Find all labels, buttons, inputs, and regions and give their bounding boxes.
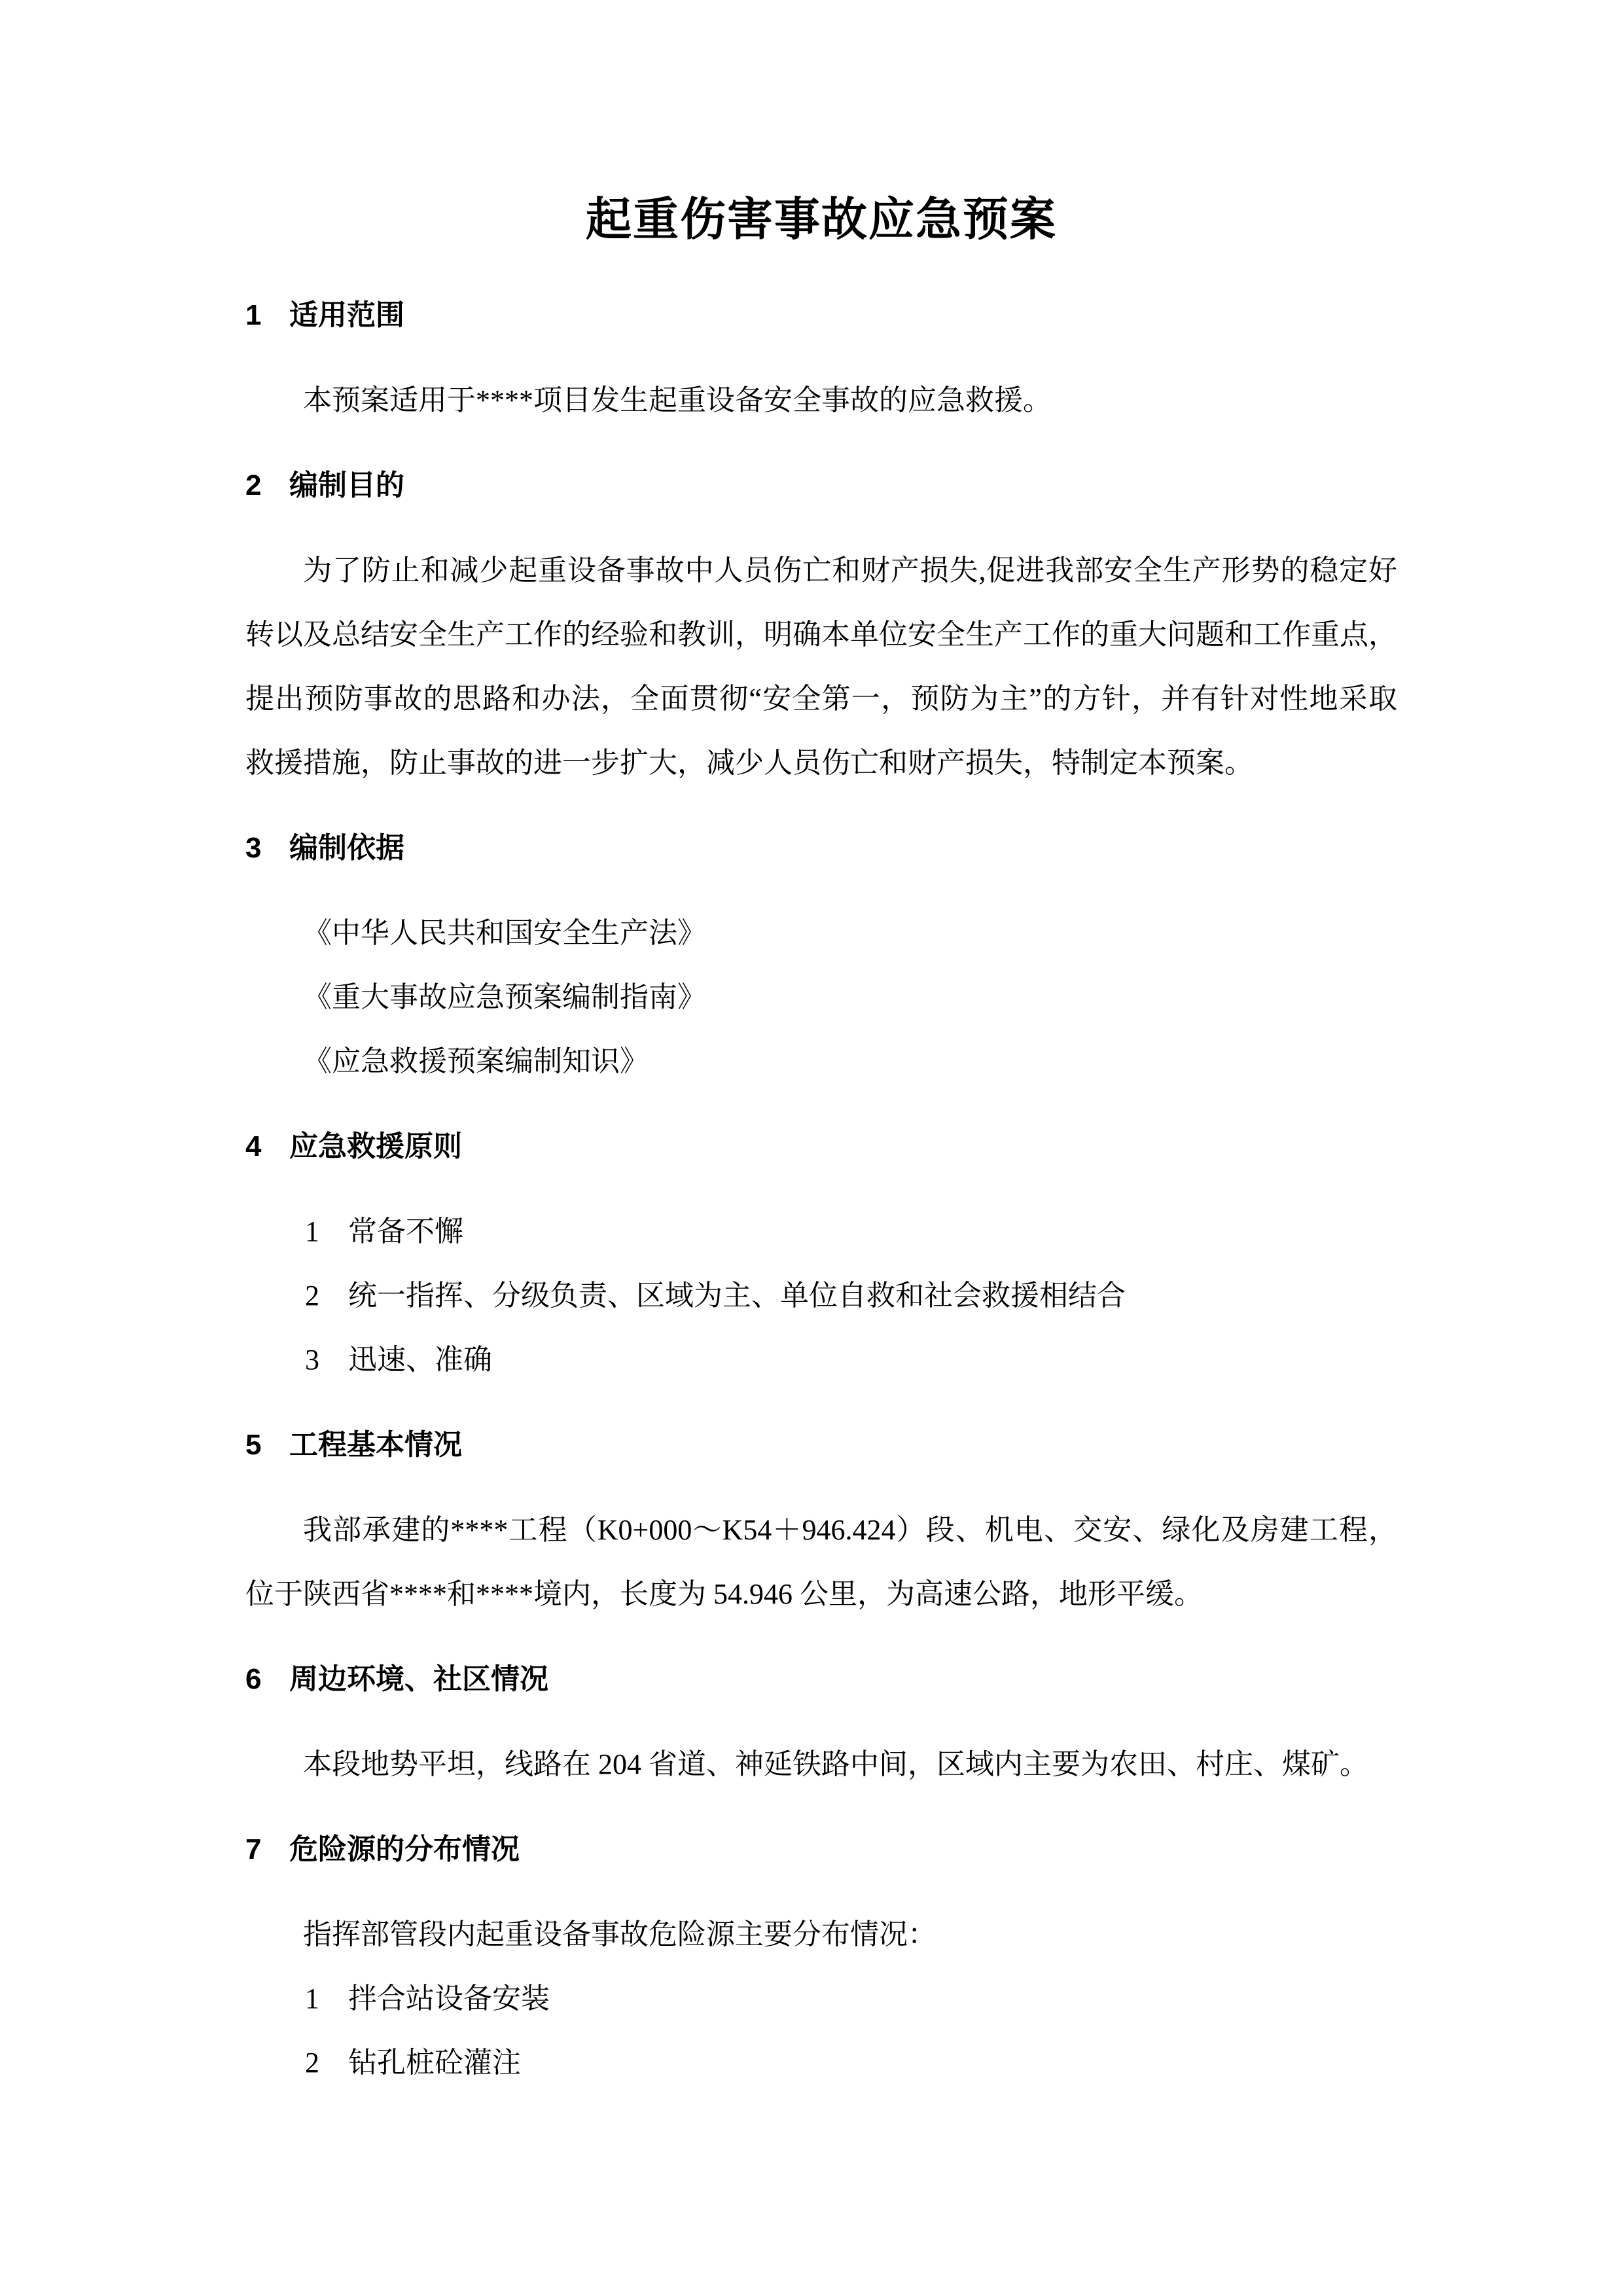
section-number: 4: [245, 1115, 289, 1179]
list-item: 2统一指挥、分级负责、区域为主、单位自救和社会救援相结合: [305, 1264, 1397, 1328]
body-line: 为了防止和减少起重设备事故中人员伤亡和财产损失,促进我部安全生产形势的稳定好: [245, 539, 1397, 603]
body-line: 《重大事故应急预案编制指南》: [245, 965, 1397, 1030]
list-item-text: 迅速、准确: [348, 1344, 492, 1376]
section-number: 1: [245, 283, 289, 348]
body-line: 《中华人民共和国安全生产法》: [245, 901, 1397, 965]
section-heading-label: 适用范围: [289, 299, 404, 331]
list-item: 1拌合站设备安装: [305, 1967, 1397, 2031]
body-line: 本段地势平坦，线路在 204 省道、神延铁路中间，区域内主要为农田、村庄、煤矿。: [245, 1732, 1397, 1797]
list-item-text: 常备不懈: [348, 1215, 463, 1247]
document-body: 1适用范围本预案适用于****项目发生起重设备安全事故的应急救援。2编制目的为了…: [245, 283, 1397, 2095]
section-heading-label: 应急救援原则: [289, 1130, 462, 1162]
section-heading-label: 周边环境、社区情况: [289, 1663, 548, 1695]
section-heading-label: 编制目的: [289, 469, 404, 501]
list-item-text: 钻孔桩砼灌注: [348, 2047, 521, 2079]
section-heading: 7危险源的分布情况: [245, 1818, 1397, 1882]
list-item-number: 1: [305, 1967, 348, 2031]
section-heading: 4应急救援原则: [245, 1115, 1397, 1179]
list-item: 1常备不懈: [305, 1200, 1397, 1264]
body-line: 《应急救援预案编制知识》: [245, 1030, 1397, 1094]
list-item: 3迅速、准确: [305, 1328, 1397, 1392]
section-number: 7: [245, 1818, 289, 1882]
document-page: 起重伤害事故应急预案 1适用范围本预案适用于****项目发生起重设备安全事故的应…: [0, 0, 1623, 2296]
section-heading: 6周边环境、社区情况: [245, 1647, 1397, 1712]
document-title: 起重伤害事故应急预案: [245, 183, 1397, 255]
section-heading-label: 编制依据: [289, 832, 404, 864]
section-number: 2: [245, 454, 289, 518]
section-heading-label: 危险源的分布情况: [289, 1833, 520, 1865]
section-number: 6: [245, 1647, 289, 1712]
list-item: 2钻孔桩砼灌注: [305, 2031, 1397, 2095]
section-heading: 3编制依据: [245, 816, 1397, 880]
section-heading-label: 工程基本情况: [289, 1429, 462, 1461]
body-line: 指挥部管段内起重设备事故危险源主要分布情况：: [245, 1903, 1397, 1967]
body-line: 本预案适用于****项目发生起重设备安全事故的应急救援。: [245, 368, 1397, 433]
section-heading: 1适用范围: [245, 283, 1397, 348]
body-line: 我部承建的****工程（K0+000～K54＋946.424）段、机电、交安、绿…: [245, 1498, 1397, 1562]
list-item-text: 统一指挥、分级负责、区域为主、单位自救和社会救援相结合: [348, 1280, 1126, 1312]
section-heading: 5工程基本情况: [245, 1413, 1397, 1477]
body-line: 提出预防事故的思路和办法，全面贯彻“安全第一，预防为主”的方针，并有针对性地采取: [245, 667, 1397, 731]
body-line: 救援措施，防止事故的进一步扩大，减少人员伤亡和财产损失，特制定本预案。: [245, 731, 1397, 795]
list-item-number: 3: [305, 1328, 348, 1392]
section-number: 3: [245, 816, 289, 880]
body-line: 转以及总结安全生产工作的经验和教训，明确本单位安全生产工作的重大问题和工作重点，: [245, 603, 1397, 667]
section-heading: 2编制目的: [245, 454, 1397, 518]
section-number: 5: [245, 1413, 289, 1477]
list-item-text: 拌合站设备安装: [348, 1982, 550, 2015]
list-item-number: 1: [305, 1200, 348, 1264]
list-item-number: 2: [305, 2031, 348, 2095]
body-line: 位于陕西省****和****境内，长度为 54.946 公里，为高速公路，地形平…: [245, 1562, 1397, 1626]
list-item-number: 2: [305, 1264, 348, 1328]
